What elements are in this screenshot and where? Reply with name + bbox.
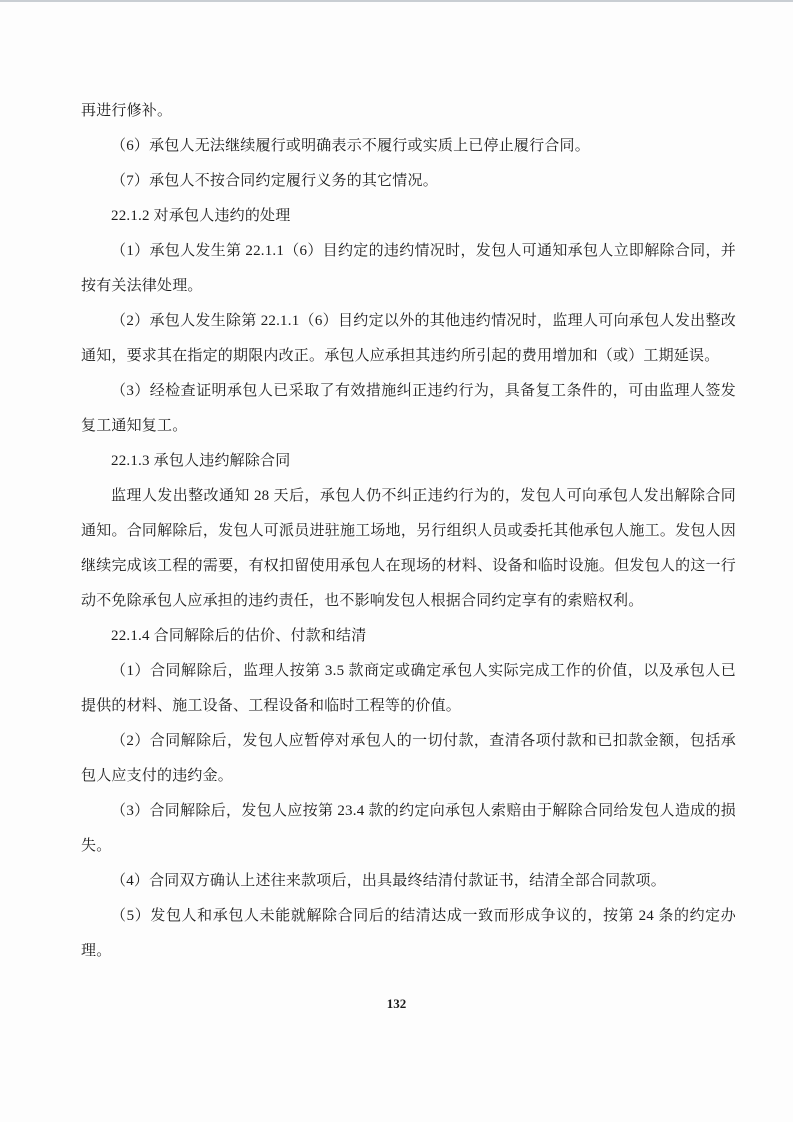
clause-22-1-1-item-7: （7）承包人不按合同约定履行义务的其它情况。 xyxy=(81,164,736,199)
clause-22-1-2-item-2: （2）承包人发生除第 22.1.1（6）目约定以外的其他违约情况时，监理人可向承… xyxy=(81,304,736,374)
heading-22-1-4: 22.1.4 合同解除后的估价、付款和结清 xyxy=(81,619,736,654)
clause-22-1-4-item-2: （2）合同解除后，发包人应暂停对承包人的一切付款，查清各项付款和已扣款金额，包括… xyxy=(81,724,736,794)
clause-22-1-3-body: 监理人发出整改通知 28 天后，承包人仍不纠正违约行为的，发包人可向承包人发出解… xyxy=(81,479,736,619)
heading-22-1-2: 22.1.2 对承包人违约的处理 xyxy=(81,199,736,234)
clause-22-1-2-item-1: （1）承包人发生第 22.1.1（6）目约定的违约情况时，发包人可通知承包人立即… xyxy=(81,234,736,304)
clause-22-1-4-item-1: （1）合同解除后，监理人按第 3.5 款商定或确定承包人实际完成工作的价值，以及… xyxy=(81,654,736,724)
clause-22-1-4-item-5: （5）发包人和承包人未能就解除合同后的结清达成一致而形成争议的，按第 24 条的… xyxy=(81,899,736,969)
document-page: 再进行修补。 （6）承包人无法继续履行或明确表示不履行或实质上已停止履行合同。 … xyxy=(0,0,793,1122)
clause-22-1-1-item-6: （6）承包人无法继续履行或明确表示不履行或实质上已停止履行合同。 xyxy=(81,129,736,164)
clause-22-1-4-item-4: （4）合同双方确认上述往来款项后，出具最终结清付款证书，结清全部合同款项。 xyxy=(81,864,736,899)
document-body: 再进行修补。 （6）承包人无法继续履行或明确表示不履行或实质上已停止履行合同。 … xyxy=(81,94,736,969)
heading-22-1-3: 22.1.3 承包人违约解除合同 xyxy=(81,444,736,479)
paragraph-continuation: 再进行修补。 xyxy=(81,94,736,129)
page-number: 132 xyxy=(0,996,793,1012)
clause-22-1-2-item-3: （3）经检查证明承包人已采取了有效措施纠正违约行为，具备复工条件的，可由监理人签… xyxy=(81,374,736,444)
clause-22-1-4-item-3: （3）合同解除后，发包人应按第 23.4 款的约定向承包人索赔由于解除合同给发包… xyxy=(81,794,736,864)
